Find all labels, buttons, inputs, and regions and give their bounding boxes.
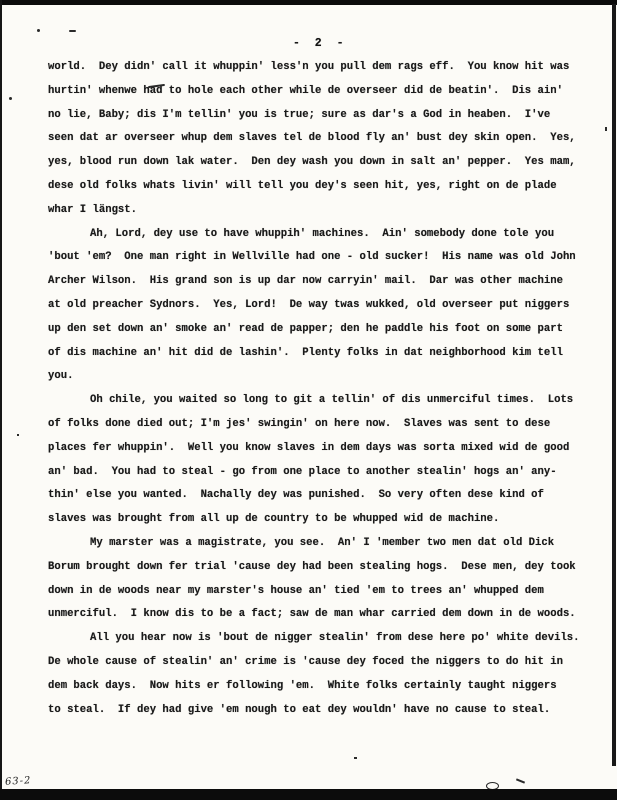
scan-artifact [605,127,607,131]
text-line: All you hear now is 'bout de nigger stea… [48,627,593,651]
text-line: 'bout 'em? One man right in Wellville ha… [48,246,593,270]
text-line: De whole cause of stealin' an' crime is … [48,651,593,675]
text-line: My marster was a magistrate, you see. An… [48,532,593,556]
text-line: at old preacher Sydnors. Yes, Lord! De w… [48,294,593,318]
text-line: hurtin' whenwe had to hole each other wh… [48,80,593,104]
text-line: Ah, Lord, dey use to have whuppih' machi… [48,223,593,247]
text-line: you. [48,365,593,389]
text-line: of folks done died out; I'm jes' swingin… [48,413,593,437]
scan-edge-top-bar [0,0,617,5]
scanned-page: - 2 - world. Dey didn' call it whuppin' … [0,0,617,800]
text-line: seen dat ar overseer whup dem slaves tel… [48,127,593,151]
scan-edge-bottom-bar [0,789,617,800]
text-line: down in de woods near my marster's house… [48,580,593,604]
page-number: - 2 - [293,37,348,50]
scan-edge-left-line [0,0,2,800]
scan-artifact [37,29,40,32]
text-line: yes, blood run down lak water. Den dey w… [48,151,593,175]
scan-artifact [354,757,357,759]
scan-artifact [17,434,19,436]
text-line: up den set down an' smoke an' read de pa… [48,318,593,342]
text-line: no lie, Baby; dis I'm tellin' you is tru… [48,104,593,128]
text-line: an' bad. You had to steal - go from one … [48,461,593,485]
text-line: whar I längst. [48,199,593,223]
scan-edge-right-line [612,4,616,766]
text-line: to steal. If dey had give 'em nough to e… [48,699,593,723]
scan-artifact [516,778,525,783]
footer-annotation: 63-2 [5,775,32,788]
text-line: places fer whuppin'. Well you know slave… [48,437,593,461]
document-body: world. Dey didn' call it whuppin' less'n… [48,56,593,722]
text-line: unmerciful. I know dis to be a fact; saw… [48,603,593,627]
text-line: of dis machine an' hit did de lashin'. P… [48,342,593,366]
scan-artifact [9,97,12,100]
text-line: Borum brought down fer trial 'cause dey … [48,556,593,580]
text-line: world. Dey didn' call it whuppin' less'n… [48,56,593,80]
text-line: slaves was brought from all up de countr… [48,508,593,532]
scan-artifact [69,30,76,32]
text-line: dese old folks whats livin' will tell yo… [48,175,593,199]
text-line: Oh chile, you waited so long to git a te… [48,389,593,413]
text-line: thin' else you wanted. Nachally dey was … [48,484,593,508]
text-line: Archer Wilson. His grand son is up dar n… [48,270,593,294]
text-line: dem back days. Now hits er following 'em… [48,675,593,699]
